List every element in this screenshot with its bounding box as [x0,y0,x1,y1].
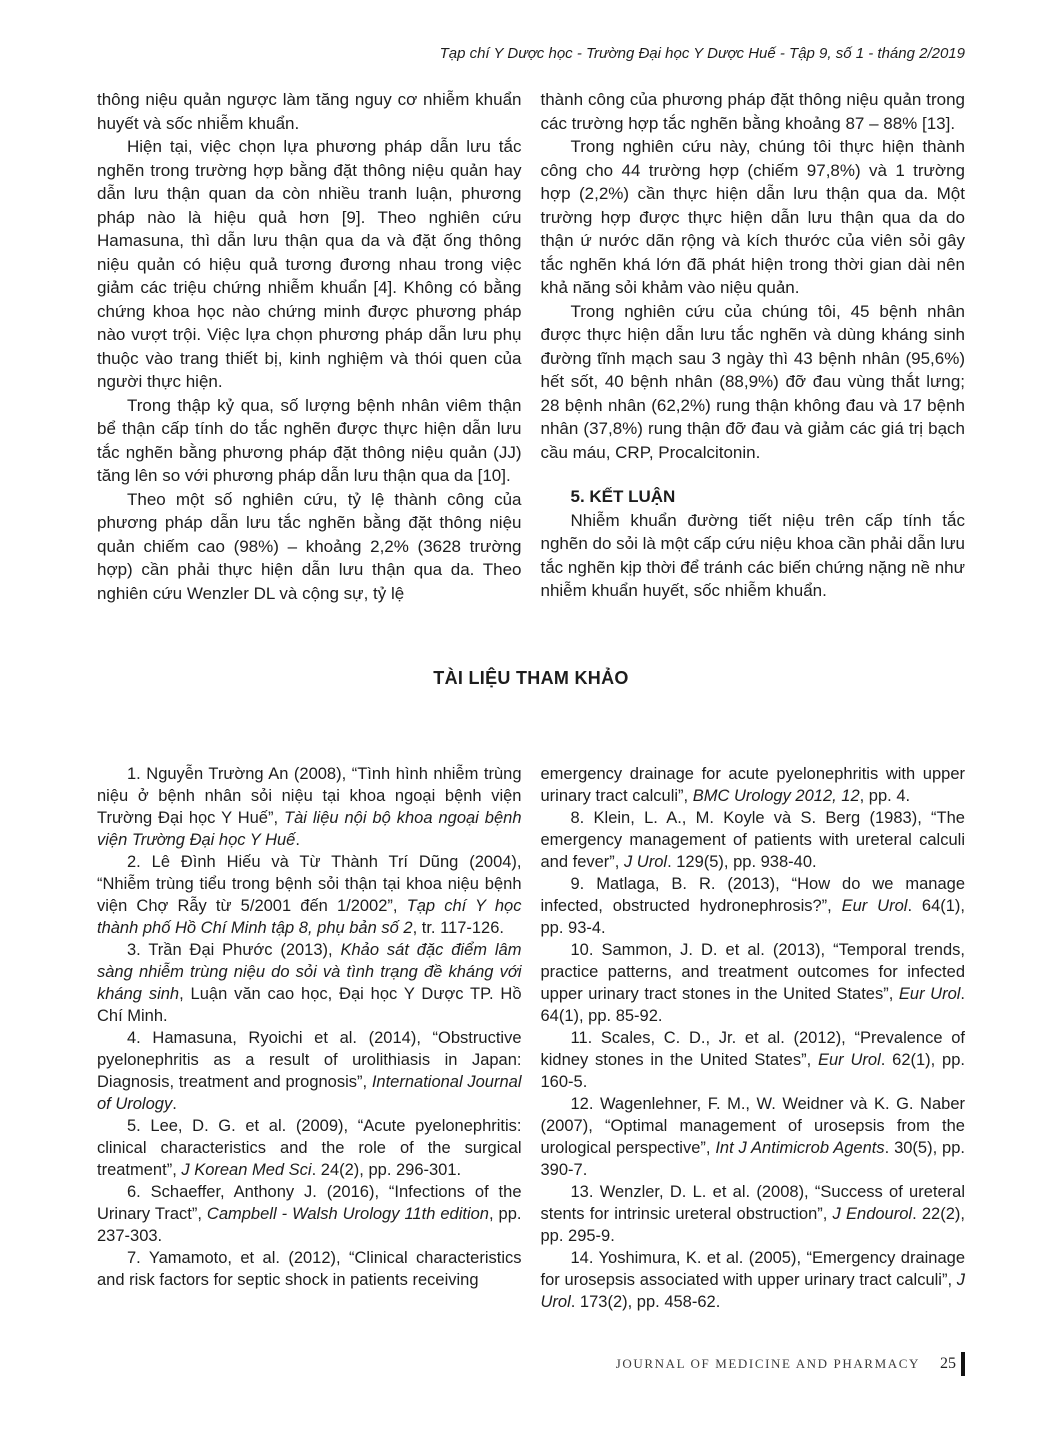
article-left-column: thông niệu quản ngược làm tăng nguy cơ n… [97,88,522,605]
reference-entry: 13. Wenzler, D. L. et al. (2008), “Succe… [541,1181,966,1247]
reference-entry: 14. Yoshimura, K. et al. (2005), “Emerge… [541,1247,966,1313]
article-right-column: thành công của phương pháp đặt thông niệ… [541,88,966,605]
paragraph: Trong thập kỷ qua, số lượng bệnh nhân vi… [97,394,522,488]
reference-entry: 2. Lê Đình Hiếu và Từ Thành Trí Dũng (20… [97,851,522,939]
references-left-column: 1. Nguyễn Trường An (2008), “Tình hình n… [97,763,522,1313]
paragraph: thành công của phương pháp đặt thông niệ… [541,88,966,135]
paragraph: thông niệu quản ngược làm tăng nguy cơ n… [97,88,522,135]
reference-entry: 8. Klein, L. A., M. Koyle và S. Berg (19… [541,807,966,873]
article-body: thông niệu quản ngược làm tăng nguy cơ n… [97,88,965,605]
paragraph: Hiện tại, việc chọn lựa phương pháp dẫn … [97,135,522,394]
reference-entry: 4. Hamasuna, Ryoichi et al. (2014), “Obs… [97,1027,522,1115]
reference-entry: 6. Schaeffer, Anthony J. (2016), “Infect… [97,1181,522,1247]
page-number-bar [961,1352,965,1376]
footer-page-number: 25 [940,1355,956,1373]
paragraph: Trong nghiên cứu của chúng tôi, 45 bệnh … [541,300,966,465]
reference-entry: 9. Matlaga, B. R. (2013), “How do we man… [541,873,966,939]
reference-entry: 11. Scales, C. D., Jr. et al. (2012), “P… [541,1027,966,1093]
reference-entry: 10. Sammon, J. D. et al. (2013), “Tempor… [541,939,966,1027]
reference-entry: 12. Wagenlehner, F. M., W. Weidner và K.… [541,1093,966,1181]
reference-entry: 3. Trần Đại Phước (2013), Khảo sát đặc đ… [97,939,522,1027]
page-footer: JOURNAL OF MEDICINE AND PHARMACY 25 [616,1352,965,1376]
conclusion-paragraph: Nhiễm khuẩn đường tiết niệu trên cấp tín… [541,509,966,603]
references-right-column: emergency drainage for acute pyelonephri… [541,763,966,1313]
conclusion-heading: 5. KẾT LUẬN [541,485,966,509]
footer-journal-name: JOURNAL OF MEDICINE AND PHARMACY [616,1356,920,1372]
journal-page: Tạp chí Y Dược học - Trường Đại học Y Dư… [0,0,1058,1455]
paragraph: Theo một số nghiên cứu, tỷ lệ thành công… [97,488,522,606]
references-heading: TÀI LIỆU THAM KHẢO [97,667,965,689]
journal-header-line: Tạp chí Y Dược học - Trường Đại học Y Dư… [97,44,965,64]
paragraph: Trong nghiên cứu này, chúng tôi thực hiệ… [541,135,966,300]
reference-entry: emergency drainage for acute pyelonephri… [541,763,966,807]
references-section: 1. Nguyễn Trường An (2008), “Tình hình n… [97,763,965,1313]
reference-entry: 5. Lee, D. G. et al. (2009), “Acute pyel… [97,1115,522,1181]
reference-entry: 7. Yamamoto, et al. (2012), “Clinical ch… [97,1247,522,1291]
reference-entry: 1. Nguyễn Trường An (2008), “Tình hình n… [97,763,522,851]
